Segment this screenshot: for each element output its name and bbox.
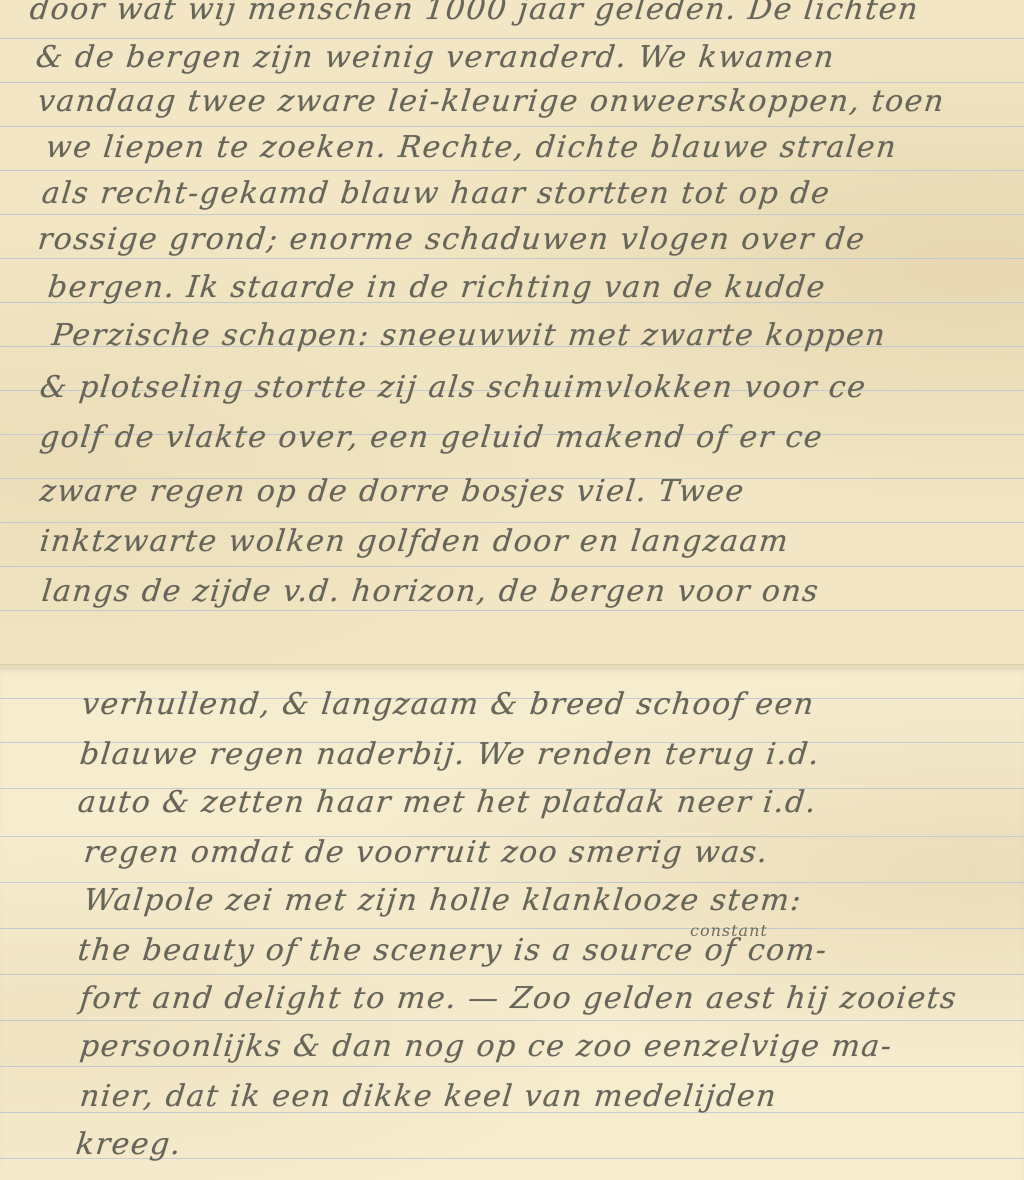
ruled-line [0, 214, 1024, 215]
handwritten-line: door wat wij menschen 1000 jaar geleden.… [28, 0, 921, 28]
ruled-line [0, 1066, 1024, 1067]
handwritten-line: blauwe regen naderbij. We renden terug i… [78, 737, 822, 773]
handwritten-line: we liepen te zoeken. Rechte, dichte blau… [44, 130, 899, 166]
handwritten-line: nier, dat ik een dikke keel van medelijd… [78, 1079, 779, 1115]
handwritten-line: & de bergen zijn weinig veranderd. We kw… [34, 40, 837, 76]
ruled-line [0, 258, 1024, 259]
handwritten-line: kreeg. [74, 1127, 184, 1163]
handwritten-line: inktzwarte wolken golfden door en langza… [38, 524, 791, 560]
handwritten-line: Perzische schapen: sneeuwwit met zwarte … [50, 318, 888, 354]
ruled-line [0, 928, 1024, 929]
handwritten-line: langs de zijde v.d. horizon, de bergen v… [40, 574, 821, 610]
ruled-line [0, 522, 1024, 523]
handwritten-line: Walpole zei met zijn holle klanklooze st… [82, 883, 804, 919]
ruled-line [0, 974, 1024, 975]
handwritten-line: & plotseling stortte zij als schuimvlokk… [38, 370, 868, 406]
lower-notebook-page: verhullend, & langzaam & breed schoof ee… [0, 667, 1024, 1180]
handwritten-line: fort and delight to me. — Zoo gelden aes… [78, 981, 959, 1017]
handwritten-line: regen omdat de voorruit zoo smerig was. [82, 835, 770, 871]
handwritten-line: persoonlijks & dan nog op ce zoo eenzelv… [78, 1029, 894, 1065]
handwritten-line: golf de vlakte over, een geluid makend o… [38, 420, 825, 456]
handwritten-line: als recht-gekamd blauw haar stortten tot… [40, 176, 832, 212]
handwritten-line: rossige grond; enorme schaduwen vlogen o… [36, 222, 867, 258]
ruled-line [0, 170, 1024, 171]
ruled-line [0, 566, 1024, 567]
handwritten-line: zware regen op de dorre bosjes viel. Twe… [38, 474, 746, 510]
upper-notebook-page: door wat wij menschen 1000 jaar geleden.… [0, 0, 1024, 667]
ruled-line [0, 82, 1024, 83]
handwritten-line: vandaag twee zware lei-kleurige onweersk… [36, 84, 947, 120]
handwritten-line: bergen. Ik staarde in de richting van de… [46, 270, 828, 306]
ruled-line [0, 610, 1024, 611]
ruled-line [0, 126, 1024, 127]
ruled-line [0, 1020, 1024, 1021]
handwritten-line: auto & zetten haar met het platdak neer … [76, 785, 819, 821]
handwritten-line: the beauty of the scenery is a source of… [76, 933, 829, 969]
ruled-line [0, 38, 1024, 39]
handwritten-line: verhullend, & langzaam & breed schoof ee… [80, 687, 816, 723]
